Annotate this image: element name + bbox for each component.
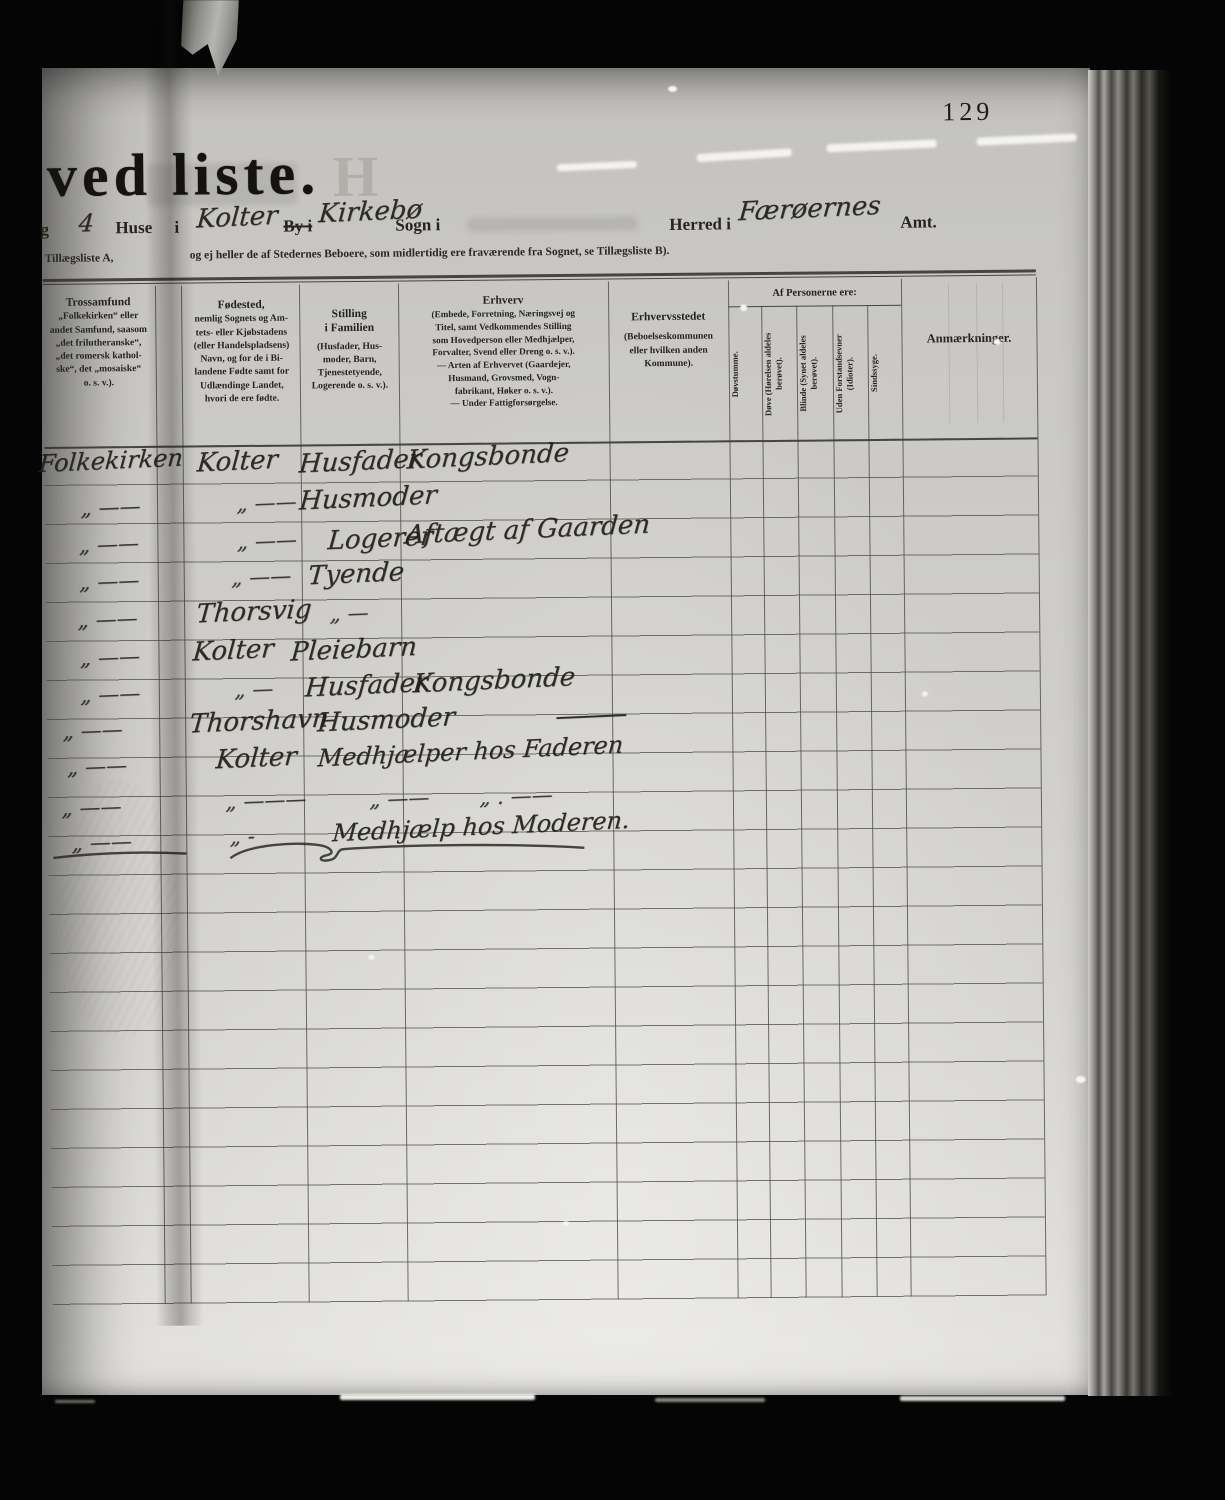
cell-fodested: Kolter [192, 634, 275, 668]
cell-fodested-ditto: „ —— [237, 527, 298, 554]
header-erhvervssted: Erhvervsstedet (Beboelseskommunen eller … [609, 309, 728, 370]
bleedthrough-line [1002, 283, 1004, 423]
header-uden-forstandsevner: Uden Forstandsevner (Idioter). [833, 310, 867, 436]
cell-stilling: Husfader [298, 444, 423, 480]
cell-fodested: Thorshavn [188, 703, 329, 739]
header-erhverv-body: (Embede, Forretning, Næringsvej og Titel… [399, 307, 608, 410]
persons-subdivider [728, 305, 901, 308]
cell-stilling-ditto: „ —— [369, 785, 430, 812]
header-fodested-title: Fødested, [184, 298, 298, 313]
dust-spot [993, 339, 1000, 345]
scan-streak [976, 133, 1076, 145]
cell-trossamfund-ditto: „ —— [77, 606, 138, 633]
cell-erhvervssted-dash: ——— [554, 699, 625, 732]
dust-spot [368, 955, 374, 960]
cell-stilling-ditto: „ — [329, 600, 369, 626]
header-stilling: Stilling i Familien (Husfader, Hus- mode… [301, 307, 398, 394]
by-label-struck: By i [283, 216, 312, 236]
cell-fodested: Kolter [196, 445, 279, 479]
scan-streak [697, 148, 792, 162]
scan-streak [827, 139, 937, 152]
cell-trossamfund-ditto: „ —— [62, 717, 123, 744]
cell-stilling: Tyende [307, 557, 405, 591]
header-erhverv: Erhverv (Embede, Forretning, Næringsvej … [399, 293, 608, 411]
cell-stilling: Husmoder [316, 702, 456, 738]
header-stilling-body: (Husfader, Hus- moder, Barn, Tjenestetye… [301, 339, 398, 393]
header-erhvervssted-body: (Beboelseskommunen eller hvilken anden K… [609, 330, 727, 371]
header-dove: Døve (Hørelsen aldeles berøvet). [762, 311, 796, 437]
cell-stilling: Husfader [304, 668, 429, 704]
header-anmaerkninger: Anmærkninger. [903, 330, 1034, 347]
bleedthrough-smudge [467, 216, 637, 232]
header-trossamfund: Trossamfund „Folkekirken“ eller andet Sa… [40, 295, 157, 390]
dust-spot [563, 1221, 569, 1226]
page-number: 129 [942, 97, 993, 127]
header-fodested-body: nemlig Sognets og Am- tets- eller Kjøbst… [184, 312, 299, 406]
herred-label: Herred i [669, 214, 731, 235]
cell-trossamfund-ditto: „ —— [79, 568, 140, 595]
header-erhvervssted-title: Erhvervsstedet [609, 309, 727, 325]
header-persons-group: Af Personerne ere: [728, 286, 901, 301]
note-right: og ej heller de af Stedernes Beboere, so… [190, 245, 670, 262]
dust-spot [668, 86, 677, 92]
cell-fodested-ditto: „ ——— [225, 787, 307, 815]
dust-spot [740, 304, 747, 311]
cell-trossamfund-ditto: „ —— [67, 753, 128, 780]
bleedthrough-line [948, 283, 950, 423]
header-fodested: Fødested, nemlig Sognets og Am- tets- el… [184, 298, 299, 406]
form-prefix: g [40, 220, 49, 240]
cell-fodested-ditto: „ — [234, 676, 274, 702]
cell-trossamfund-ditto: „ —— [79, 531, 140, 558]
sogn-label: Sogn i [395, 215, 440, 235]
header-trossamfund-title: Trossamfund [40, 295, 156, 310]
cell-fodested: Thorsvig [195, 594, 312, 629]
header-blinde: Blinde (Synet aldeles berøvet). [797, 310, 832, 436]
dust-spot [1076, 1076, 1086, 1083]
cell-stilling: Husmoder [298, 480, 438, 516]
page-bottom-highlight [900, 1396, 1065, 1401]
page-content: 129 ved liste. H g 4 Huse i Kolter By i … [0, 0, 1225, 1500]
header-trossamfund-body: „Folkekirken“ eller andet Samfund, saaso… [40, 309, 157, 390]
place-handwritten: Kolter [195, 201, 278, 235]
cell-trossamfund-ditto: „ —— [80, 494, 141, 521]
bleedthrough-line [976, 283, 978, 423]
page-bottom-highlight [340, 1394, 535, 1400]
page-bottom-highlight [655, 1398, 765, 1402]
cell-fodested-ditto: „ —— [236, 489, 297, 516]
note-left: Tillægsliste A, [45, 252, 114, 265]
header-stilling-title: Stilling i Familien [301, 307, 397, 337]
cell-trossamfund-ditto: „ —— [80, 681, 141, 708]
scanned-census-page: 129 ved liste. H g 4 Huse i Kolter By i … [0, 0, 1225, 1500]
header-sindssyge: Sindssyge. [868, 310, 901, 436]
cell-fodested-ditto: „ —— [231, 563, 292, 590]
cell-fodested: Kolter [215, 742, 298, 776]
amt-handwritten: Færøernes [737, 191, 881, 227]
scan-streak [557, 161, 637, 172]
houses-count-handwritten: 4 [77, 209, 94, 238]
page-bottom-highlight [55, 1400, 95, 1403]
cell-erhverv-ditto: „ . —— [479, 782, 554, 809]
amt-label: Amt. [900, 212, 937, 232]
cell-trossamfund-ditto: „ —— [80, 644, 141, 671]
header-dovstumme: Døvstumme. [729, 311, 761, 437]
cell-stilling: Pleiebarn [290, 632, 418, 668]
dust-spot [922, 691, 928, 696]
